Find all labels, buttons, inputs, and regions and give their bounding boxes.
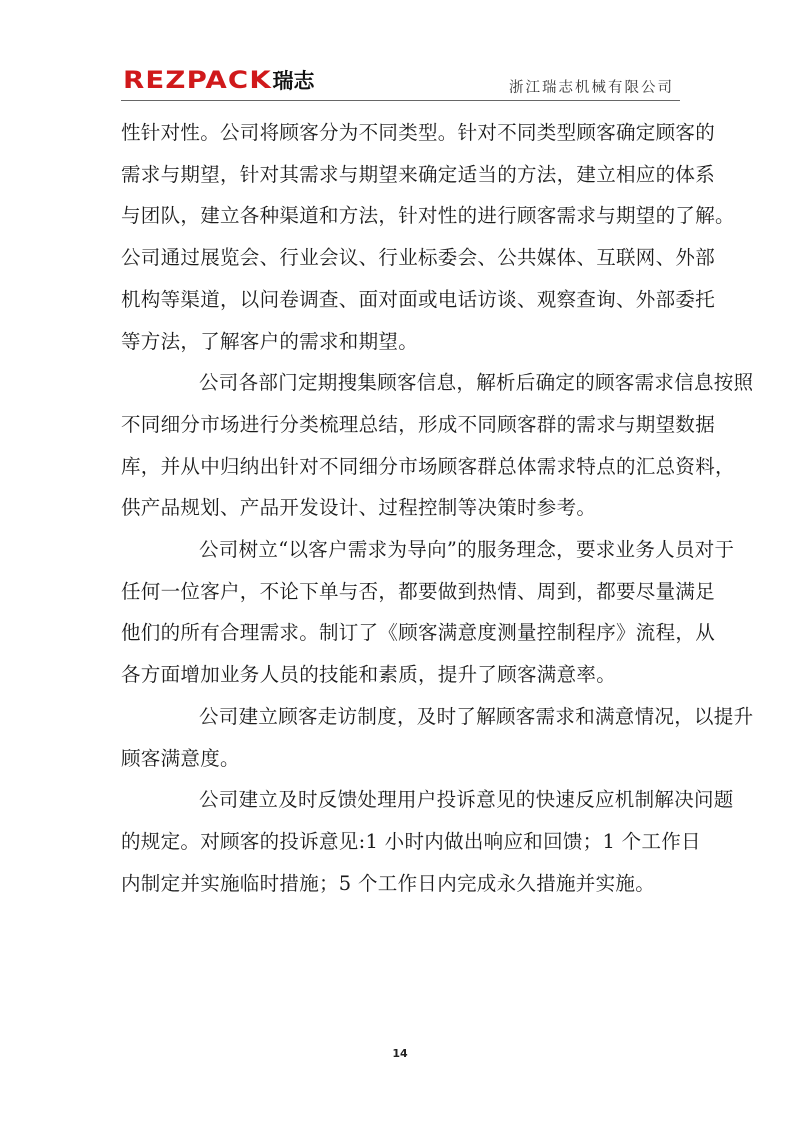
paragraph: 公司建立及时反馈处理用户投诉意见的快速反应机制解决问题的规定。对顾客的投诉意见:… (121, 779, 691, 904)
logo-chinese-name: 瑞志 (272, 65, 314, 95)
text-line: 他们的所有合理需求。制订了《顾客满意度测量控制程序》流程，从 (121, 612, 691, 654)
text-line: 不同细分市场进行分类梳理总结，形成不同顾客群的需求与期望数据 (121, 404, 691, 446)
text-line: 任何一位客户，不论下单与否，都要做到热情、周到，都要尽量满足 (121, 571, 691, 613)
page-header: REZPACK 瑞志 浙江瑞志机械有限公司 (121, 62, 680, 101)
text-line: 公司各部门定期搜集顾客信息，解析后确定的顾客需求信息按照 (121, 362, 691, 404)
text-line: 库，并从中归纳出针对不同细分市场顾客群总体需求特点的汇总资料， (121, 446, 691, 488)
text-line: 公司通过展览会、行业会议、行业标委会、公共媒体、互联网、外部 (121, 237, 691, 279)
text-line: 与团队，建立各种渠道和方法，针对性的进行顾客需求与期望的了解。 (121, 195, 691, 237)
text-line: 需求与期望，针对其需求与期望来确定适当的方法，建立相应的体系 (121, 154, 691, 196)
text-line: 性针对性。公司将顾客分为不同类型。针对不同类型顾客确定顾客的 (121, 112, 691, 154)
text-line: 各方面增加业务人员的技能和素质，提升了顾客满意率。 (121, 654, 691, 696)
text-line: 内制定并实施临时措施；5 个工作日内完成永久措施并实施。 (121, 863, 691, 905)
text-line: 等方法，了解客户的需求和期望。 (121, 321, 691, 363)
paragraph: 公司树立“以客户需求为导向”的服务理念，要求业务人员对于任何一位客户，不论下单与… (121, 529, 691, 696)
document-body: 性针对性。公司将顾客分为不同类型。针对不同类型顾客确定顾客的需求与期望，针对其需… (121, 112, 691, 904)
paragraph: 公司建立顾客走访制度，及时了解顾客需求和满意情况，以提升顾客满意度。 (121, 696, 691, 779)
text-line: 公司树立“以客户需求为导向”的服务理念，要求业务人员对于 (121, 529, 691, 571)
text-line: 供产品规划、产品开发设计、过程控制等决策时参考。 (121, 487, 691, 529)
page-number: 14 (0, 1047, 800, 1060)
text-line: 公司建立及时反馈处理用户投诉意见的快速反应机制解决问题 (121, 779, 691, 821)
paragraph: 公司各部门定期搜集顾客信息，解析后确定的顾客需求信息按照不同细分市场进行分类梳理… (121, 362, 691, 529)
company-name: 浙江瑞志机械有限公司 (509, 76, 674, 97)
logo-wordmark: REZPACK (123, 66, 272, 94)
text-line: 的规定。对顾客的投诉意见:1 小时内做出响应和回馈；1 个工作日 (121, 821, 691, 863)
company-logo: REZPACK 瑞志 (123, 65, 314, 95)
paragraph: 性针对性。公司将顾客分为不同类型。针对不同类型顾客确定顾客的需求与期望，针对其需… (121, 112, 691, 362)
text-line: 顾客满意度。 (121, 738, 691, 780)
text-line: 公司建立顾客走访制度，及时了解顾客需求和满意情况，以提升 (121, 696, 691, 738)
text-line: 机构等渠道，以问卷调查、面对面或电话访谈、观察查询、外部委托 (121, 279, 691, 321)
